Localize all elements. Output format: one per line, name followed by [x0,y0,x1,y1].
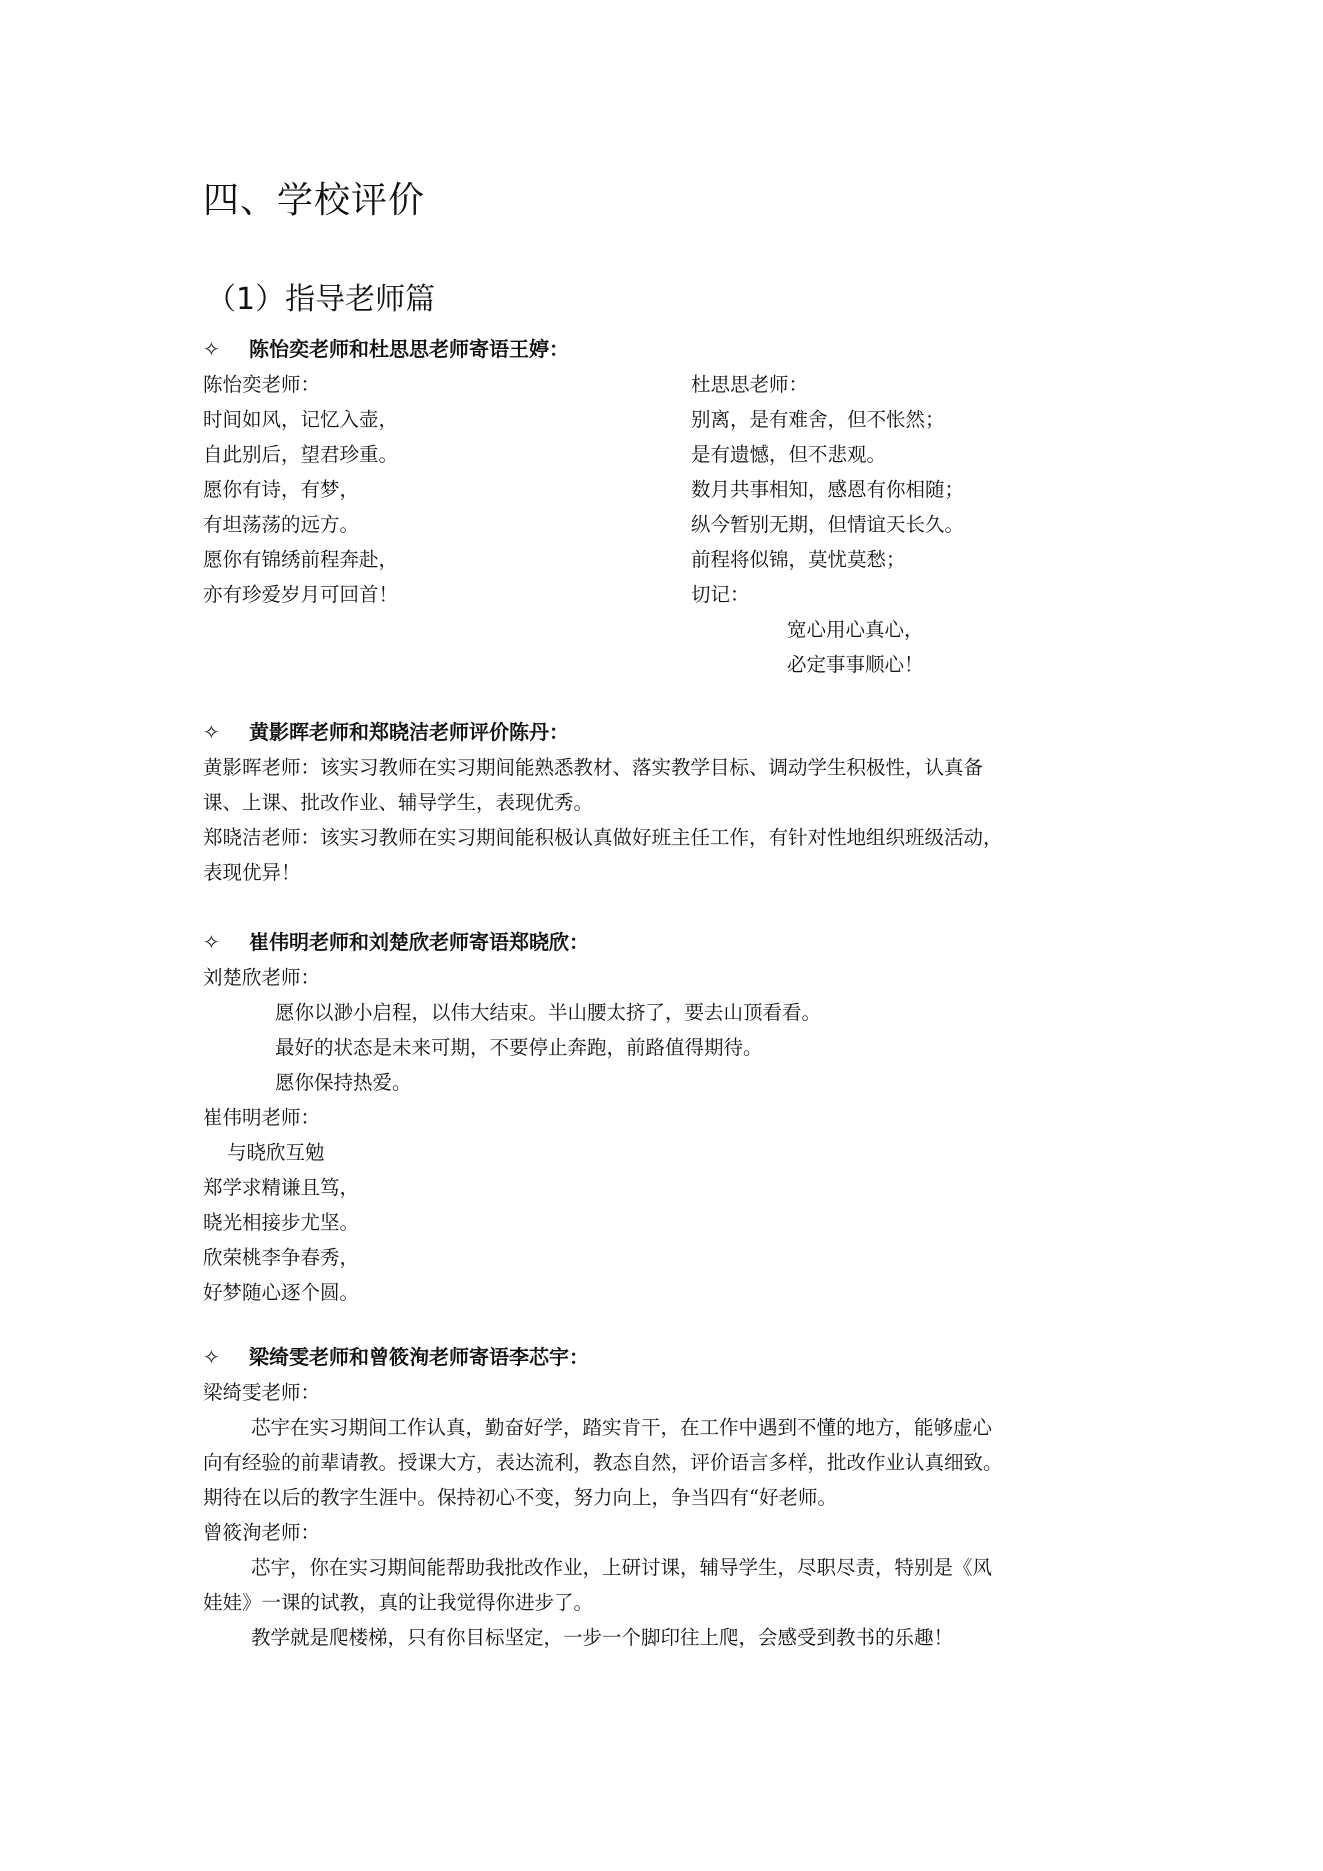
heading-text: 黄影晖老师和郑晓洁老师评价陈丹： [249,720,569,744]
paragraph-line: 郑晓洁老师：该实习教师在实习期间能积极认真做好班主任工作，有针对性地组织班级活动… [203,820,1133,855]
section-wangting: ✧陈怡奕老师和杜思思老师寄语王婷： [203,332,1133,367]
message-line: 愿你保持热爱。 [203,1065,1133,1100]
section-zhengxiaoxin: ✧崔伟明老师和刘楚欣老师寄语郑晓欣： 刘楚欣老师： 愿你以渺小启程，以伟大结束。… [203,925,1133,1310]
poem-line: 好梦随心逐个圆。 [203,1275,1133,1310]
poem-line: 纵今暂别无期，但情谊天长久。 [691,507,1141,542]
paragraph-line: 向有经验的前辈请教。授课大方，表达流利，教态自然，评价语言多样，批改作业认真细致… [203,1445,1133,1480]
heading-text: 陈怡奕老师和杜思思老师寄语王婷： [249,337,569,361]
poem-line: 切记： [691,577,1141,612]
poem-line: 自此别后，望君珍重。 [203,437,663,472]
poem-line: 有坦荡荡的远方。 [203,507,663,542]
section-heading: ✧黄影晖老师和郑晓洁老师评价陈丹： [203,715,1133,750]
teacher-label: 梁绮雯老师： [203,1375,1133,1410]
message-line: 最好的状态是未来可期，不要停止奔跑，前路值得期待。 [203,1030,1133,1065]
poem-line: 亦有珍爱岁月可回首！ [203,577,663,612]
message-line: 愿你以渺小启程，以伟大结束。半山腰太挤了，要去山顶看看。 [203,995,1133,1030]
poem-title: 与晓欣互勉 [203,1135,1133,1170]
diamond-bullet-icon: ✧ [203,332,249,367]
document-page: 四、学校评价 （1）指导老师篇 ✧陈怡奕老师和杜思思老师寄语王婷： 陈怡奕老师：… [0,0,1323,1871]
paragraph-line: 黄影晖老师：该实习教师在实习期间能熟悉教材、落实教学目标、调动学生积极性，认真备 [203,750,1133,785]
teacher-label: 陈怡奕老师： [203,367,663,402]
heading-text: 梁绮雯老师和曾筱洵老师寄语李芯宇： [249,1345,589,1369]
paragraph-line: 表现优异！ [203,855,1133,890]
section-heading: ✧崔伟明老师和刘楚欣老师寄语郑晓欣： [203,925,1133,960]
section-title: 四、学校评价 [203,172,425,223]
subsection-title: （1）指导老师篇 [206,274,435,318]
poem-line: 晓光相接步尤坚。 [203,1205,1133,1240]
teacher-label: 杜思思老师： [691,367,1141,402]
poem-line: 时间如风，记忆入壶， [203,402,663,437]
diamond-bullet-icon: ✧ [203,715,249,750]
paragraph-line: 芯宇在实习期间工作认真，勤奋好学，踏实肯干，在工作中遇到不懂的地方，能够虚心 [203,1410,1133,1445]
paragraph-line: 期待在以后的教字生涯中。保持初心不变，努力向上，争当四有“好老师。 [203,1480,1133,1515]
paragraph-line: 课、上课、批改作业、辅导学生，表现优秀。 [203,785,1133,820]
diamond-bullet-icon: ✧ [203,1340,249,1375]
paragraph-line: 芯宇，你在实习期间能帮助我批改作业，上研讨课，辅导学生，尽职尽责，特别是《风 [203,1550,1133,1585]
poem-line: 是有遗憾，但不悲观。 [691,437,1141,472]
poem-line: 愿你有诗，有梦， [203,472,663,507]
paragraph-line: 教学就是爬楼梯，只有你目标坚定，一步一个脚印往上爬，会感受到教书的乐趣！ [203,1620,1133,1655]
diamond-bullet-icon: ✧ [203,925,249,960]
teacher-label: 曾筱洵老师： [203,1515,1133,1550]
section-lixinyu: ✧梁绮雯老师和曾筱洵老师寄语李芯宇： 梁绮雯老师： 芯宇在实习期间工作认真，勤奋… [203,1340,1133,1655]
section-heading: ✧梁绮雯老师和曾筱洵老师寄语李芯宇： [203,1340,1133,1375]
right-column-dusisi: 杜思思老师： 别离，是有难舍，但不怅然； 是有遗憾，但不悲观。 数月共事相知，感… [691,367,1141,682]
paragraph-line: 娃娃》一课的试教，真的让我觉得你进步了。 [203,1585,1133,1620]
teacher-label: 刘楚欣老师： [203,960,1133,995]
poem-line: 郑学求精谦且笃， [203,1170,1133,1205]
closing-line: 宽心用心真心， [691,612,1141,647]
poem-line: 愿你有锦绣前程奔赴， [203,542,663,577]
teacher-label: 崔伟明老师： [203,1100,1133,1135]
left-column-chenyiyi: 陈怡奕老师： 时间如风，记忆入壶， 自此别后，望君珍重。 愿你有诗，有梦， 有坦… [203,367,663,612]
poem-line: 数月共事相知，感恩有你相随； [691,472,1141,507]
closing-line: 必定事事顺心！ [691,647,1141,682]
poem-line: 别离，是有难舍，但不怅然； [691,402,1141,437]
section-heading: ✧陈怡奕老师和杜思思老师寄语王婷： [203,332,1133,367]
poem-line: 欣荣桃李争春秀， [203,1240,1133,1275]
poem-line: 前程将似锦，莫忧莫愁； [691,542,1141,577]
section-chendan: ✧黄影晖老师和郑晓洁老师评价陈丹： 黄影晖老师：该实习教师在实习期间能熟悉教材、… [203,715,1133,890]
heading-text: 崔伟明老师和刘楚欣老师寄语郑晓欣： [249,930,589,954]
